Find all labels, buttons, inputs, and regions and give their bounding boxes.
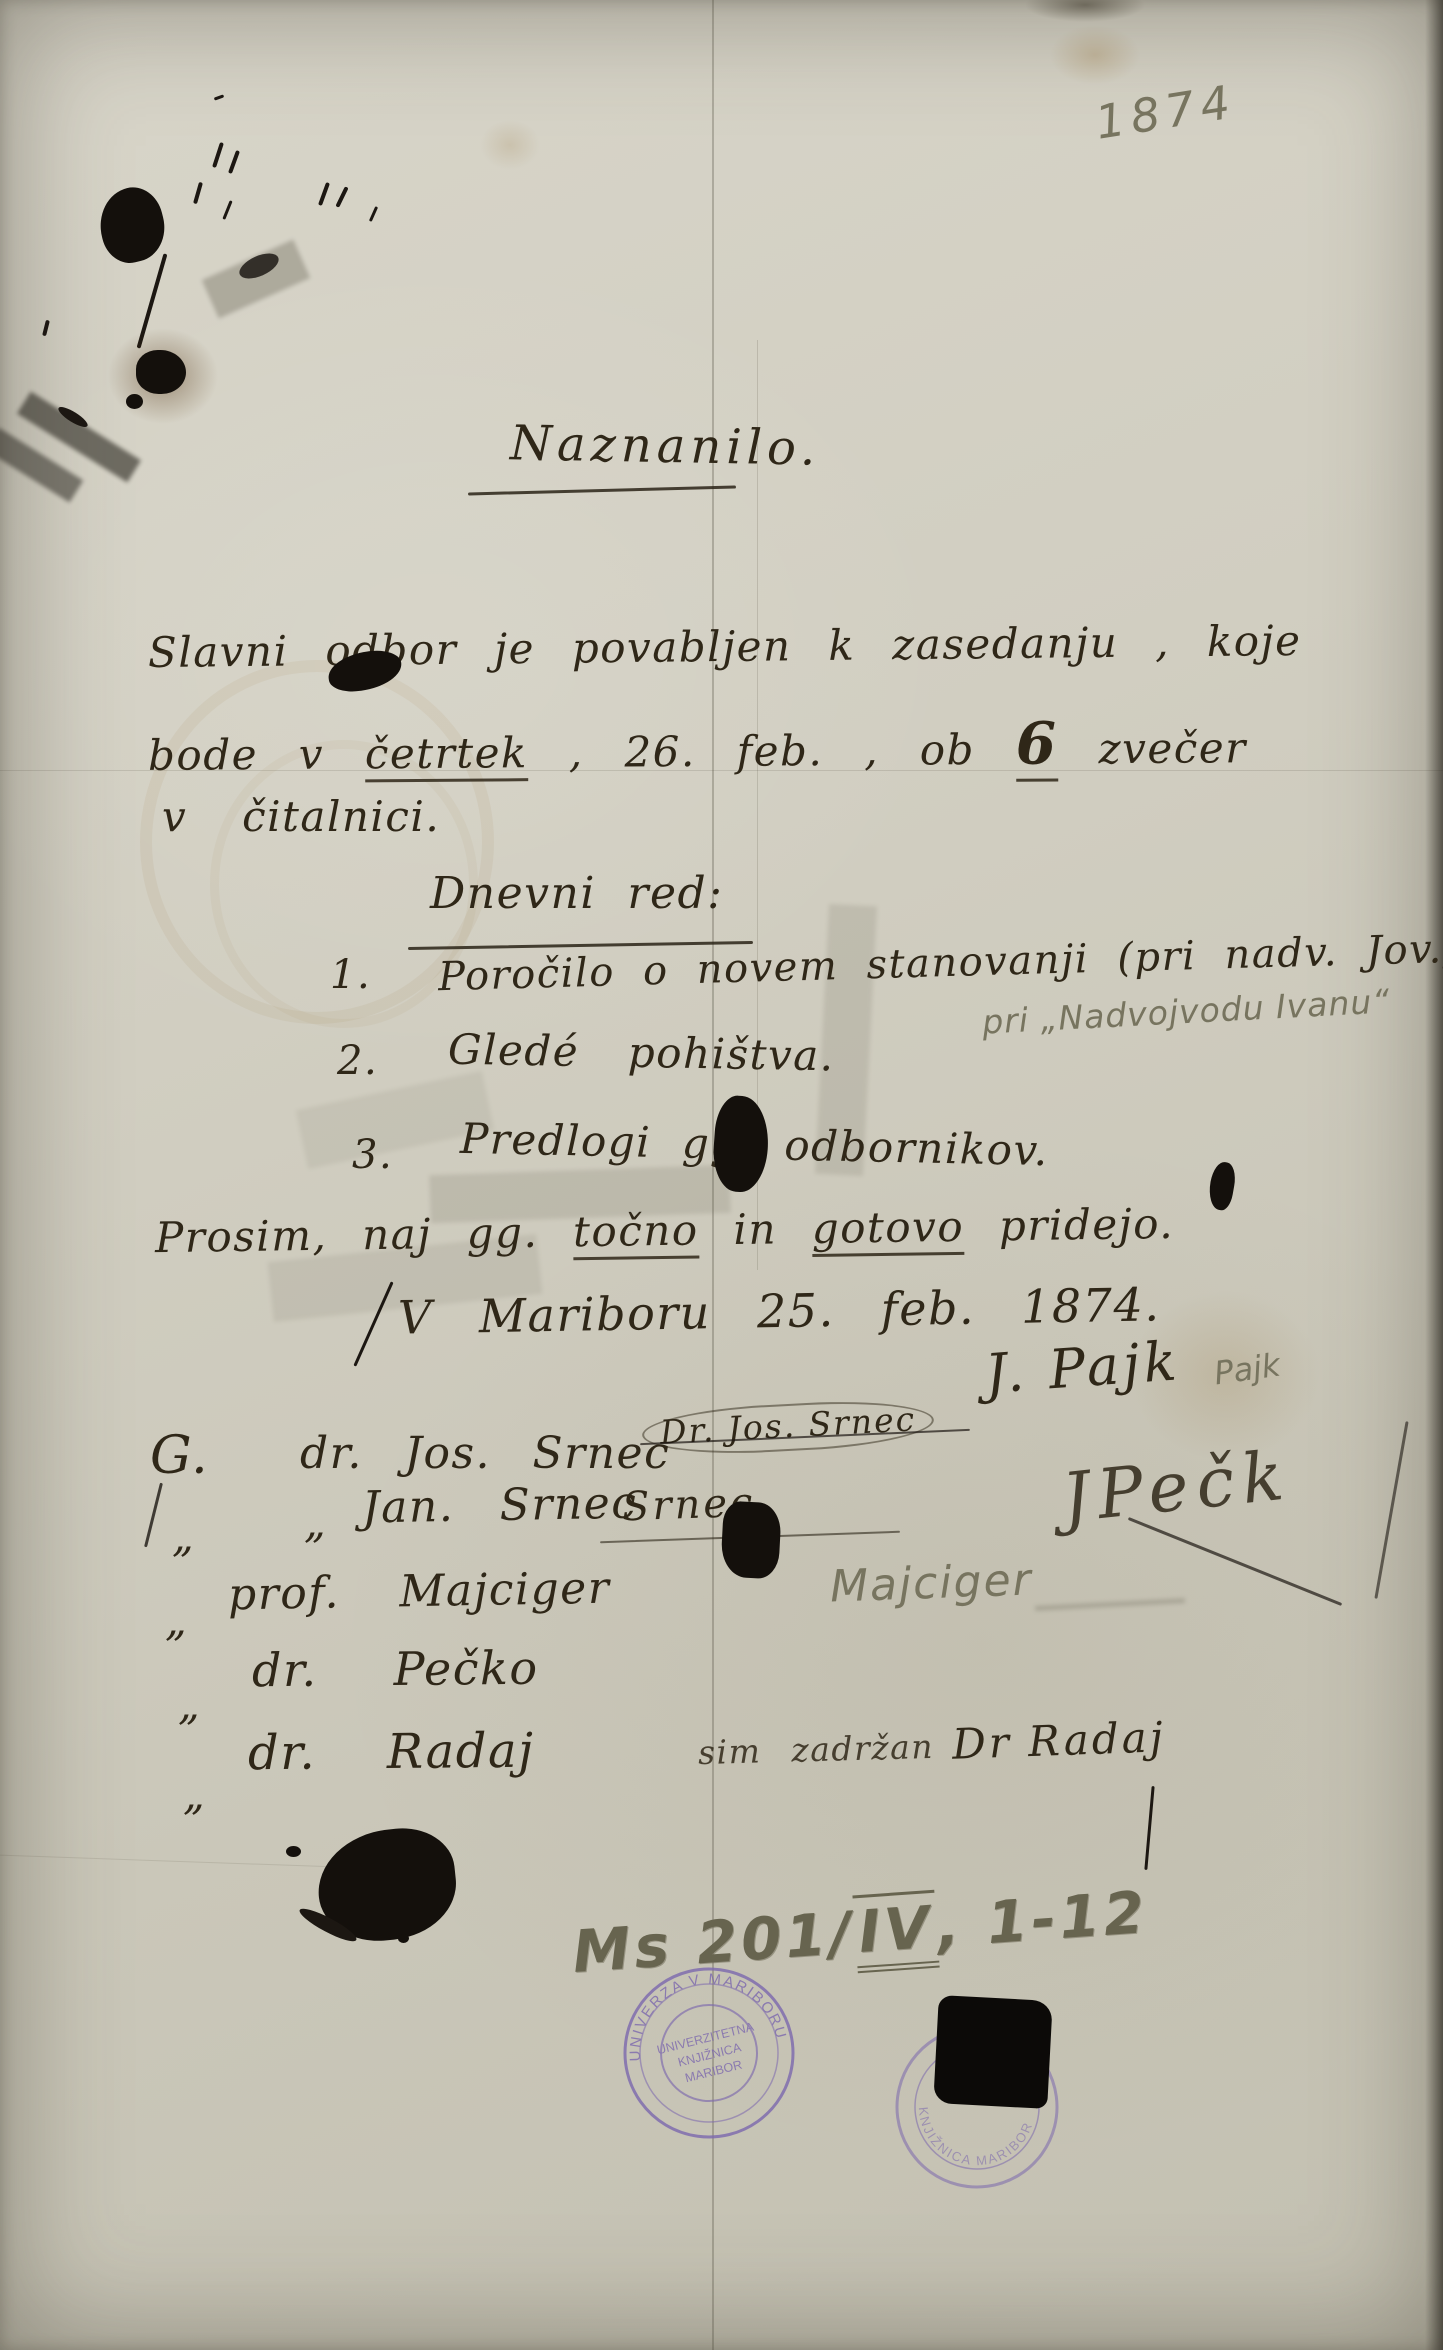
ink-tick-3 (228, 150, 240, 174)
request-underlined-1: točno (573, 1206, 699, 1261)
agenda-item-1-pencil-note: pri „Nadvojvodu Ivanu“ (981, 981, 1391, 1041)
black-patch-over-stamp (933, 1995, 1052, 2109)
ink-tick-4 (193, 182, 203, 204)
ink-blot-top-left (92, 181, 172, 268)
ink-tick-8 (369, 206, 378, 222)
request-line: Prosim, naj gg. točno in gotovo pridejo. (155, 1199, 1175, 1262)
attendee-row-5-signature-descender (1144, 1786, 1154, 1870)
agenda-heading: Dnevni red: (430, 868, 723, 919)
document-scan: 1874 Naznanilo. Slavni odbor je povablje… (0, 0, 1443, 2350)
attendee-row-4-name: dr. Pečko (252, 1641, 539, 1697)
ink-tick-1 (214, 94, 224, 100)
attendee-row-1-signature: Dr. Jos. Srnec (641, 1396, 935, 1458)
agenda-item-2-text: Gledé pohištva. (448, 1025, 835, 1081)
agenda-item-3-number: 3. (352, 1132, 393, 1178)
request-pre: Prosim, naj gg. (155, 1207, 574, 1262)
attendee-row-5-prefix: „ (183, 1770, 206, 1819)
ink-dot-request-right (1206, 1160, 1238, 1211)
archive-number-post: , 1-12 (935, 1878, 1151, 1961)
paper-hole-row2 (720, 1501, 782, 1580)
archive-number: Ms 201/IV, 1-12 (570, 1878, 1150, 1986)
blot-satellite-2 (286, 1846, 301, 1857)
attendee-row-1-prefix: G. (150, 1426, 209, 1486)
ink-tick-5 (222, 200, 232, 220)
attendee-row-2-prefix2: „ (304, 1498, 327, 1547)
attendee-row-4-prefix: „ (178, 1680, 201, 1729)
body-line-2-mid: , 26. feb. , ob (528, 725, 1016, 777)
ink-dot-small (126, 394, 143, 409)
ink-tick-9 (42, 320, 50, 336)
blot-satellite-1 (398, 1934, 409, 1943)
body-line-3: v čitalnici. (162, 792, 440, 841)
body-line-2-pre: bode v (148, 729, 365, 780)
attendee-row-2-signature-flourish-stroke-2 (1374, 1421, 1408, 1599)
attendee-row-3-signature-flourish (1035, 1598, 1185, 1611)
body-line-2-post: zvečer (1058, 723, 1247, 773)
year-annotation: 1874 (1092, 74, 1240, 149)
request-underlined-2: gotovo (811, 1202, 964, 1257)
body-line-1: Slavni odbor je povabljen k zasedanju , … (148, 616, 1302, 677)
agenda-item-1-number: 1. (330, 952, 371, 998)
attendee-row-1-name: dr. Jos. Srnec (300, 1428, 670, 1479)
attendee-row-3-signature: Majciger (829, 1554, 1033, 1612)
ink-smear-upper (202, 239, 310, 318)
request-mid: in (698, 1204, 812, 1255)
attendee-row-5-signature: Dr Radaj (951, 1712, 1166, 1768)
attendee-row-3-prefix: „ (165, 1596, 188, 1645)
body-line-2: bode v četrtek , 26. feb. , ob 6 zvečer (148, 708, 1247, 784)
paper-hole-item3 (711, 1094, 772, 1194)
body-line-2-underlined-hour: 6 (1016, 709, 1058, 781)
scan-edge-shadow (1425, 0, 1443, 2350)
document-title: Naznanilo. (510, 415, 821, 476)
agenda-item-2-number: 2. (337, 1038, 378, 1084)
attendee-row-5-note: sim zadržan (698, 1727, 935, 1772)
attendee-row-1-prefix-flourish (144, 1483, 163, 1548)
ink-tick-7 (335, 186, 348, 208)
ink-blot-halo-core (136, 350, 186, 394)
attendee-row-2-name: Jan. Srnec (362, 1478, 638, 1534)
ink-tick-2 (212, 142, 224, 168)
stain-center (480, 120, 540, 170)
ink-tick-6 (318, 182, 330, 206)
attendee-row-5-name: dr. Radaj (248, 1723, 535, 1781)
title-underline (468, 485, 736, 495)
archive-number-roman: IV (852, 1890, 940, 1974)
attendee-row-2-signature-flourish-text: JPečk (1058, 1436, 1295, 1539)
request-post: pridejo. (964, 1199, 1175, 1251)
attendee-row-2-prefix: „ (172, 1512, 195, 1561)
stain-tan-top (1050, 25, 1140, 85)
paper-tear-notch (1025, 0, 1145, 22)
attendee-row-3-name: prof. Majciger (228, 1563, 611, 1621)
body-line-2-underlined-day: četrtek (365, 728, 528, 782)
attendee-row-2-signature-flourish-stroke (1128, 1517, 1342, 1606)
